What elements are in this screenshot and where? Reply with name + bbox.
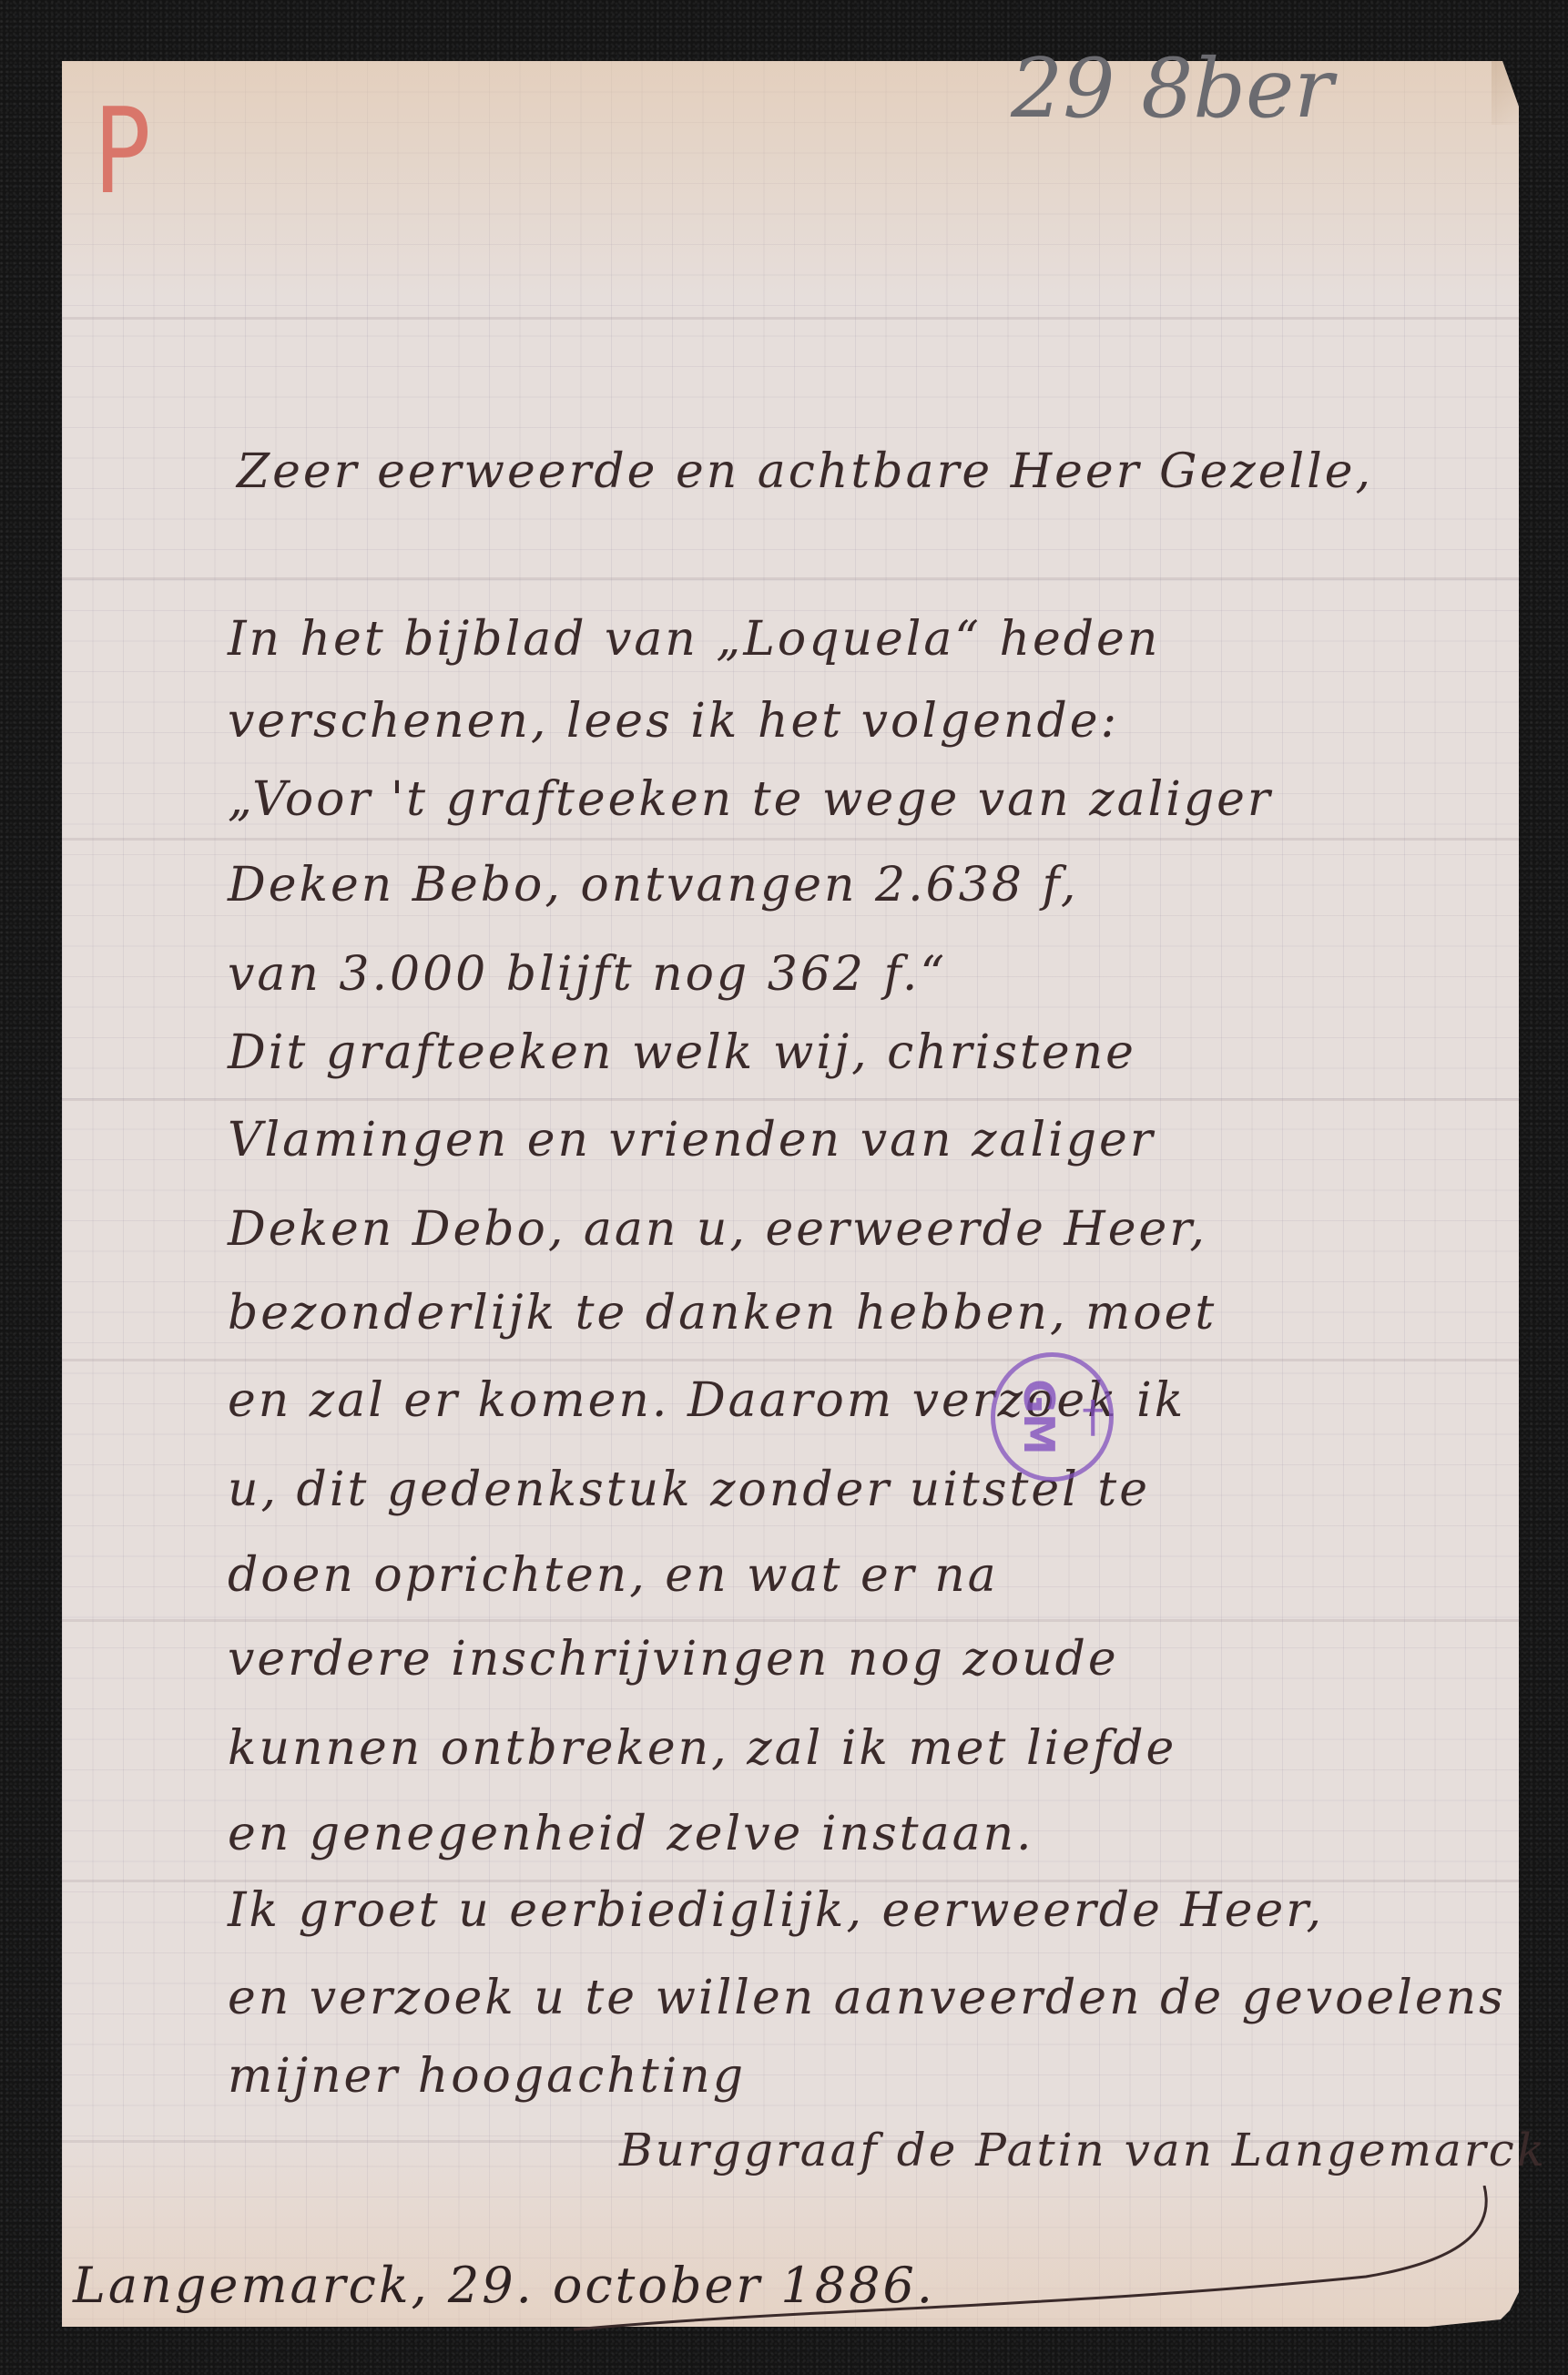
collection-stamp: GM † [991, 1352, 1114, 1482]
body-line-8: Deken Debo, aan u, eerweerde Heer, [228, 1202, 1207, 1257]
body-line-14: kunnen ontbreken, zal ik met liefde [228, 1721, 1176, 1776]
place-and-date: Langemarck, 29. october 1886. [73, 2257, 935, 2314]
body-line-3: „Voor 't grafteeken te wege van zaliger [228, 772, 1273, 827]
dragonfly-icon: † [1082, 1391, 1104, 1442]
body-line-5: van 3.000 blijft nog 362 f.“ [228, 947, 947, 1002]
body-line-18: mijner hoogachting [228, 2049, 746, 2104]
body-line-2: verschenen, lees ik het volgende: [228, 694, 1119, 749]
body-line-13: verdere inschrijvingen nog zoude [228, 1632, 1119, 1687]
body-line-9: bezonderlijk te danken hebben, moet [228, 1286, 1217, 1340]
body-line-12: doen oprichten, en wat er na [228, 1548, 999, 1603]
body-line-11: u, dit gedenkstuk zonder uitstel te [228, 1463, 1150, 1517]
body-line-16: Ik groet u eerbiediglijk, eerweerde Heer… [228, 1883, 1324, 1938]
body-line-7: Vlamingen en vrienden van zaliger [228, 1113, 1156, 1167]
stamp-monogram: GM [1013, 1379, 1063, 1455]
pencil-date-annotation: 29 8ber [1011, 41, 1333, 137]
body-line-6: Dit grafteeken welk wij, christene [228, 1025, 1136, 1080]
body-line-15: en genegenheid zelve instaan. [228, 1807, 1034, 1861]
body-line-1: In het bijblad van „Loquela“ heden [228, 612, 1160, 667]
salutation: Zeer eerweerde en achtbare Heer Gezelle, [237, 444, 1373, 499]
archive-mark: P [94, 82, 151, 220]
body-line-17: en verzoek u te willen aanveerden de gev… [228, 1971, 1506, 2025]
body-line-4: Deken Bebo, ontvangen 2.638 f, [228, 858, 1078, 912]
signature: Burggraaf de Patin van Langemarck [619, 2124, 1547, 2176]
folded-corner [1492, 61, 1519, 125]
